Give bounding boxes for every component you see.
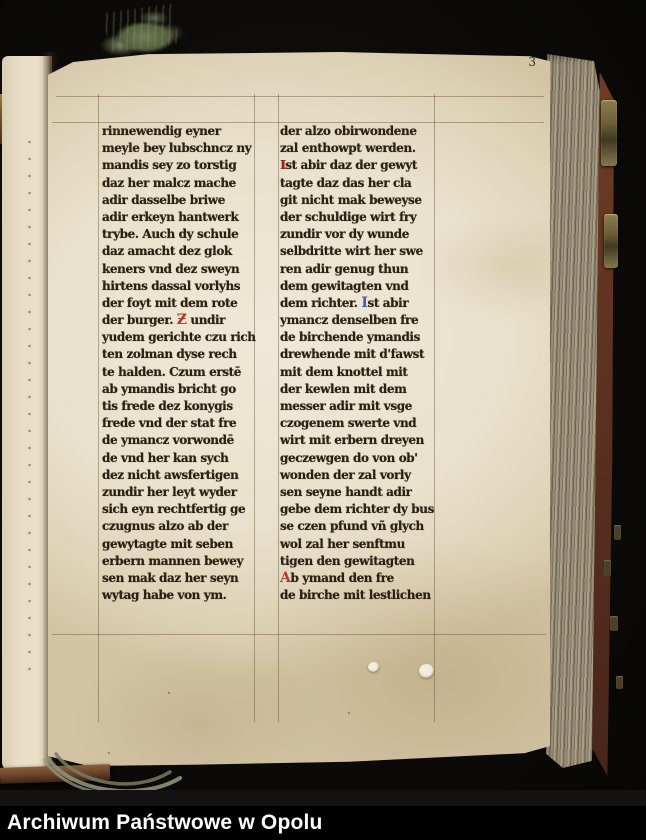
text-segment: ymancz denselben fre (280, 313, 418, 327)
watermark-bar: Archiwum Państwowe w Opolu (0, 806, 646, 840)
manuscript-text-line: der foyt mit dem rote (102, 295, 258, 312)
text-segment: tis frede dez konygis (102, 399, 233, 413)
manuscript-text-line: der burger. Ƶ undir (102, 312, 258, 329)
manuscript-text-line: de birche mit lestlichen (280, 587, 436, 604)
manuscript-text-line: zal enthowpt werden. (280, 140, 436, 157)
text-segment: undir (187, 313, 226, 327)
text-column-right: der alzo obirwondenezal enthowpt werden.… (280, 123, 436, 604)
text-segment: git nicht mak beweyse (280, 193, 422, 207)
text-segment: der kewlen mit dem (280, 382, 406, 396)
text-segment: de birchende ymandis (280, 330, 420, 344)
text-segment: wytag habe von ym. (102, 588, 226, 602)
text-segment: zal enthowpt werden. (280, 141, 416, 155)
manuscript-text-line: ymancz denselben fre (280, 312, 436, 329)
manuscript-text-line: rinnewendig eyner (102, 123, 258, 140)
text-segment: drewhende mit d'fawst (280, 347, 424, 361)
manuscript-text-line: meyle bey lubschncz ny (102, 140, 258, 157)
manuscript-text-line: te halden. Czum erstē (102, 364, 258, 381)
text-segment: mit dem knottel mit (280, 365, 408, 379)
text-column-left: rinnewendig eynermeyle bey lubschncz nym… (102, 123, 258, 604)
manuscript-text-line: daz her malcz mache (102, 175, 258, 192)
manuscript-text-line: dem richter. Ist abir (280, 295, 436, 312)
manuscript-text-line: wytag habe von ym. (102, 587, 258, 604)
text-segment: wol zal her senftmu (280, 537, 405, 551)
manuscript-text-line: der alzo obirwondene (280, 123, 436, 140)
photo-background: 3 rinnewendig eynermeyle bey lubschncz n… (0, 0, 646, 806)
manuscript-text-line: Ab ymand den fre (280, 570, 436, 587)
text-segment: keners vnd dez sweyn (102, 262, 239, 276)
clasp-nail (614, 525, 621, 540)
clasp-nail (610, 616, 618, 631)
text-segment: geczewgen do von ob' (280, 451, 418, 465)
text-segment: mandis sey zo torstig (102, 158, 236, 172)
manuscript-text-line: wonden der zal vorly (280, 467, 436, 484)
manuscript-text-line: de birchende ymandis (280, 329, 436, 346)
text-segment: dem gewitagten vnd (280, 279, 409, 293)
text-segment: sen mak daz her seyn (102, 571, 238, 585)
ruling-line (278, 94, 279, 722)
text-segment: erbern mannen bewey (102, 554, 243, 568)
text-segment: b ymand den fre (290, 571, 393, 585)
manuscript-text-line: de vnd her kan sych (102, 450, 258, 467)
manuscript-photo: 3 rinnewendig eynermeyle bey lubschncz n… (0, 0, 646, 840)
manuscript-text-line: selbdritte wirt her swe (280, 243, 436, 260)
manuscript-text-line: der kewlen mit dem (280, 381, 436, 398)
text-segment: frede vnd der stat fre (102, 416, 236, 430)
manuscript-text-line: daz amacht dez glok (102, 243, 258, 260)
brass-clasp (601, 100, 617, 166)
manuscript-page: 3 rinnewendig eynermeyle bey lubschncz n… (48, 52, 550, 766)
manuscript-text-line: hirtens dassal vorlyhs (102, 278, 258, 295)
manuscript-text-line: erbern mannen bewey (102, 553, 258, 570)
ruling-line (52, 634, 546, 635)
manuscript-text-line: der schuldige wirt fry (280, 209, 436, 226)
folio-number: 3 (528, 55, 536, 69)
photo-bottom-fade (0, 790, 646, 806)
bookmark-tassel (88, 0, 198, 60)
text-segment: messer adir mit vsge (280, 399, 412, 413)
manuscript-text-line: dez nicht awsfertigen (102, 467, 258, 484)
manuscript-text-line: frede vnd der stat fre (102, 415, 258, 432)
text-segment: der burger. (102, 313, 177, 327)
manuscript-text-line: drewhende mit d'fawst (280, 346, 436, 363)
manuscript-text-line: czugnus alzo ab der (102, 518, 258, 535)
text-segment: se czen pfund vñ glych (280, 519, 424, 533)
text-segment: tagte daz das her cla (280, 176, 411, 190)
text-segment: hirtens dassal vorlyhs (102, 279, 240, 293)
manuscript-text-line: tagte daz das her cla (280, 175, 436, 192)
speck (348, 712, 350, 714)
text-segment: daz amacht dez glok (102, 244, 232, 258)
ruling-line (56, 96, 544, 97)
manuscript-text-line: czogenem swerte vnd (280, 415, 436, 432)
manuscript-text-line: ab ymandis bricht go (102, 381, 258, 398)
text-segment: st abir (368, 296, 409, 310)
text-segment: ab ymandis bricht go (102, 382, 236, 396)
text-segment: sich eyn rechtfertig ge (102, 502, 245, 516)
manuscript-text-line: gewytagte mit seben (102, 536, 258, 553)
text-segment: de birche mit lestlichen (280, 588, 431, 602)
manuscript-text-line: sen mak daz her seyn (102, 570, 258, 587)
manuscript-text-line: trybe. Auch dy schule (102, 226, 258, 243)
manuscript-text-line: wol zal her senftmu (280, 536, 436, 553)
text-segment: der schuldige wirt fry (280, 210, 416, 224)
manuscript-text-line: yudem gerichte czu rich (102, 329, 258, 346)
manuscript-text-line: zundir her leyt wyder (102, 484, 258, 501)
decorated-initial: Ƶ (177, 312, 187, 328)
manuscript-text-line: ten zolman dyse rech (102, 346, 258, 363)
text-segment: sen seyne handt adir (280, 485, 412, 499)
manuscript-text-line: tis frede dez konygis (102, 398, 258, 415)
text-segment: ren adir genug thun (280, 262, 408, 276)
text-segment: gewytagte mit seben (102, 537, 233, 551)
manuscript-text-line: zundir vor dy wunde (280, 226, 436, 243)
manuscript-text-line: sen seyne handt adir (280, 484, 436, 501)
text-segment: de vnd her kan sych (102, 451, 228, 465)
text-segment: der foyt mit dem rote (102, 296, 237, 310)
text-segment: wonden der zal vorly (280, 468, 411, 482)
text-segment: st abir daz der gewyt (285, 158, 417, 172)
manuscript-text-line: gebe dem richter dy bus (280, 501, 436, 518)
manuscript-text-line: keners vnd dez sweyn (102, 261, 258, 278)
text-segment: zundir her leyt wyder (102, 485, 237, 499)
manuscript-text-line: adir erkeyn hantwerk (102, 209, 258, 226)
text-segment: selbdritte wirt her swe (280, 244, 423, 258)
text-segment: zundir vor dy wunde (280, 227, 409, 241)
manuscript-text-line: git nicht mak beweyse (280, 192, 436, 209)
text-segment: czugnus alzo ab der (102, 519, 228, 533)
text-segment: de ymancz vorwondē (102, 433, 234, 447)
text-segment: der alzo obirwondene (280, 124, 417, 138)
text-segment: dez nicht awsfertigen (102, 468, 239, 482)
text-segment: ten zolman dyse rech (102, 347, 237, 361)
text-segment: adir erkeyn hantwerk (102, 210, 238, 224)
text-segment: te halden. Czum erstē (102, 365, 241, 379)
decorated-initial: A (280, 570, 290, 586)
text-segment: czogenem swerte vnd (280, 416, 416, 430)
ruling-line (98, 94, 99, 722)
parchment-hole (419, 664, 434, 678)
manuscript-text-line: sich eyn rechtfertig ge (102, 501, 258, 518)
manuscript-text-line: wirt mit erbern dreyen (280, 432, 436, 449)
speck (168, 692, 170, 694)
manuscript-text-line: geczewgen do von ob' (280, 450, 436, 467)
manuscript-text-line: de ymancz vorwondē (102, 432, 258, 449)
prick-marks (28, 140, 31, 680)
clasp-nail (616, 676, 623, 689)
archive-watermark: Archiwum Państwowe w Opolu (0, 811, 323, 835)
manuscript-text-line: messer adir mit vsge (280, 398, 436, 415)
manuscript-text-line: dem gewitagten vnd (280, 278, 436, 295)
text-segment: adir dasselbe briwe (102, 193, 225, 207)
manuscript-text-line: mandis sey zo torstig (102, 157, 258, 174)
manuscript-text-line: mit dem knottel mit (280, 364, 436, 381)
text-segment: gebe dem richter dy bus (280, 502, 434, 516)
text-segment: dem richter. (280, 296, 361, 310)
text-segment: trybe. Auch dy schule (102, 227, 238, 241)
manuscript-text-line: se czen pfund vñ glych (280, 518, 436, 535)
manuscript-text-line: Ist abir daz der gewyt (280, 157, 436, 174)
text-segment: wirt mit erbern dreyen (280, 433, 424, 447)
parchment-hole (368, 662, 379, 672)
text-segment: meyle bey lubschncz ny (102, 141, 251, 155)
text-segment: rinnewendig eyner (102, 124, 221, 138)
text-segment: tigen den gewitagten (280, 554, 414, 568)
clasp-nail (604, 560, 611, 576)
text-segment: daz her malcz mache (102, 176, 236, 190)
text-segment: yudem gerichte czu rich (102, 330, 256, 344)
manuscript-text-line: ren adir genug thun (280, 261, 436, 278)
brass-clasp (604, 214, 618, 268)
manuscript-text-line: adir dasselbe briwe (102, 192, 258, 209)
manuscript-text-line: tigen den gewitagten (280, 553, 436, 570)
